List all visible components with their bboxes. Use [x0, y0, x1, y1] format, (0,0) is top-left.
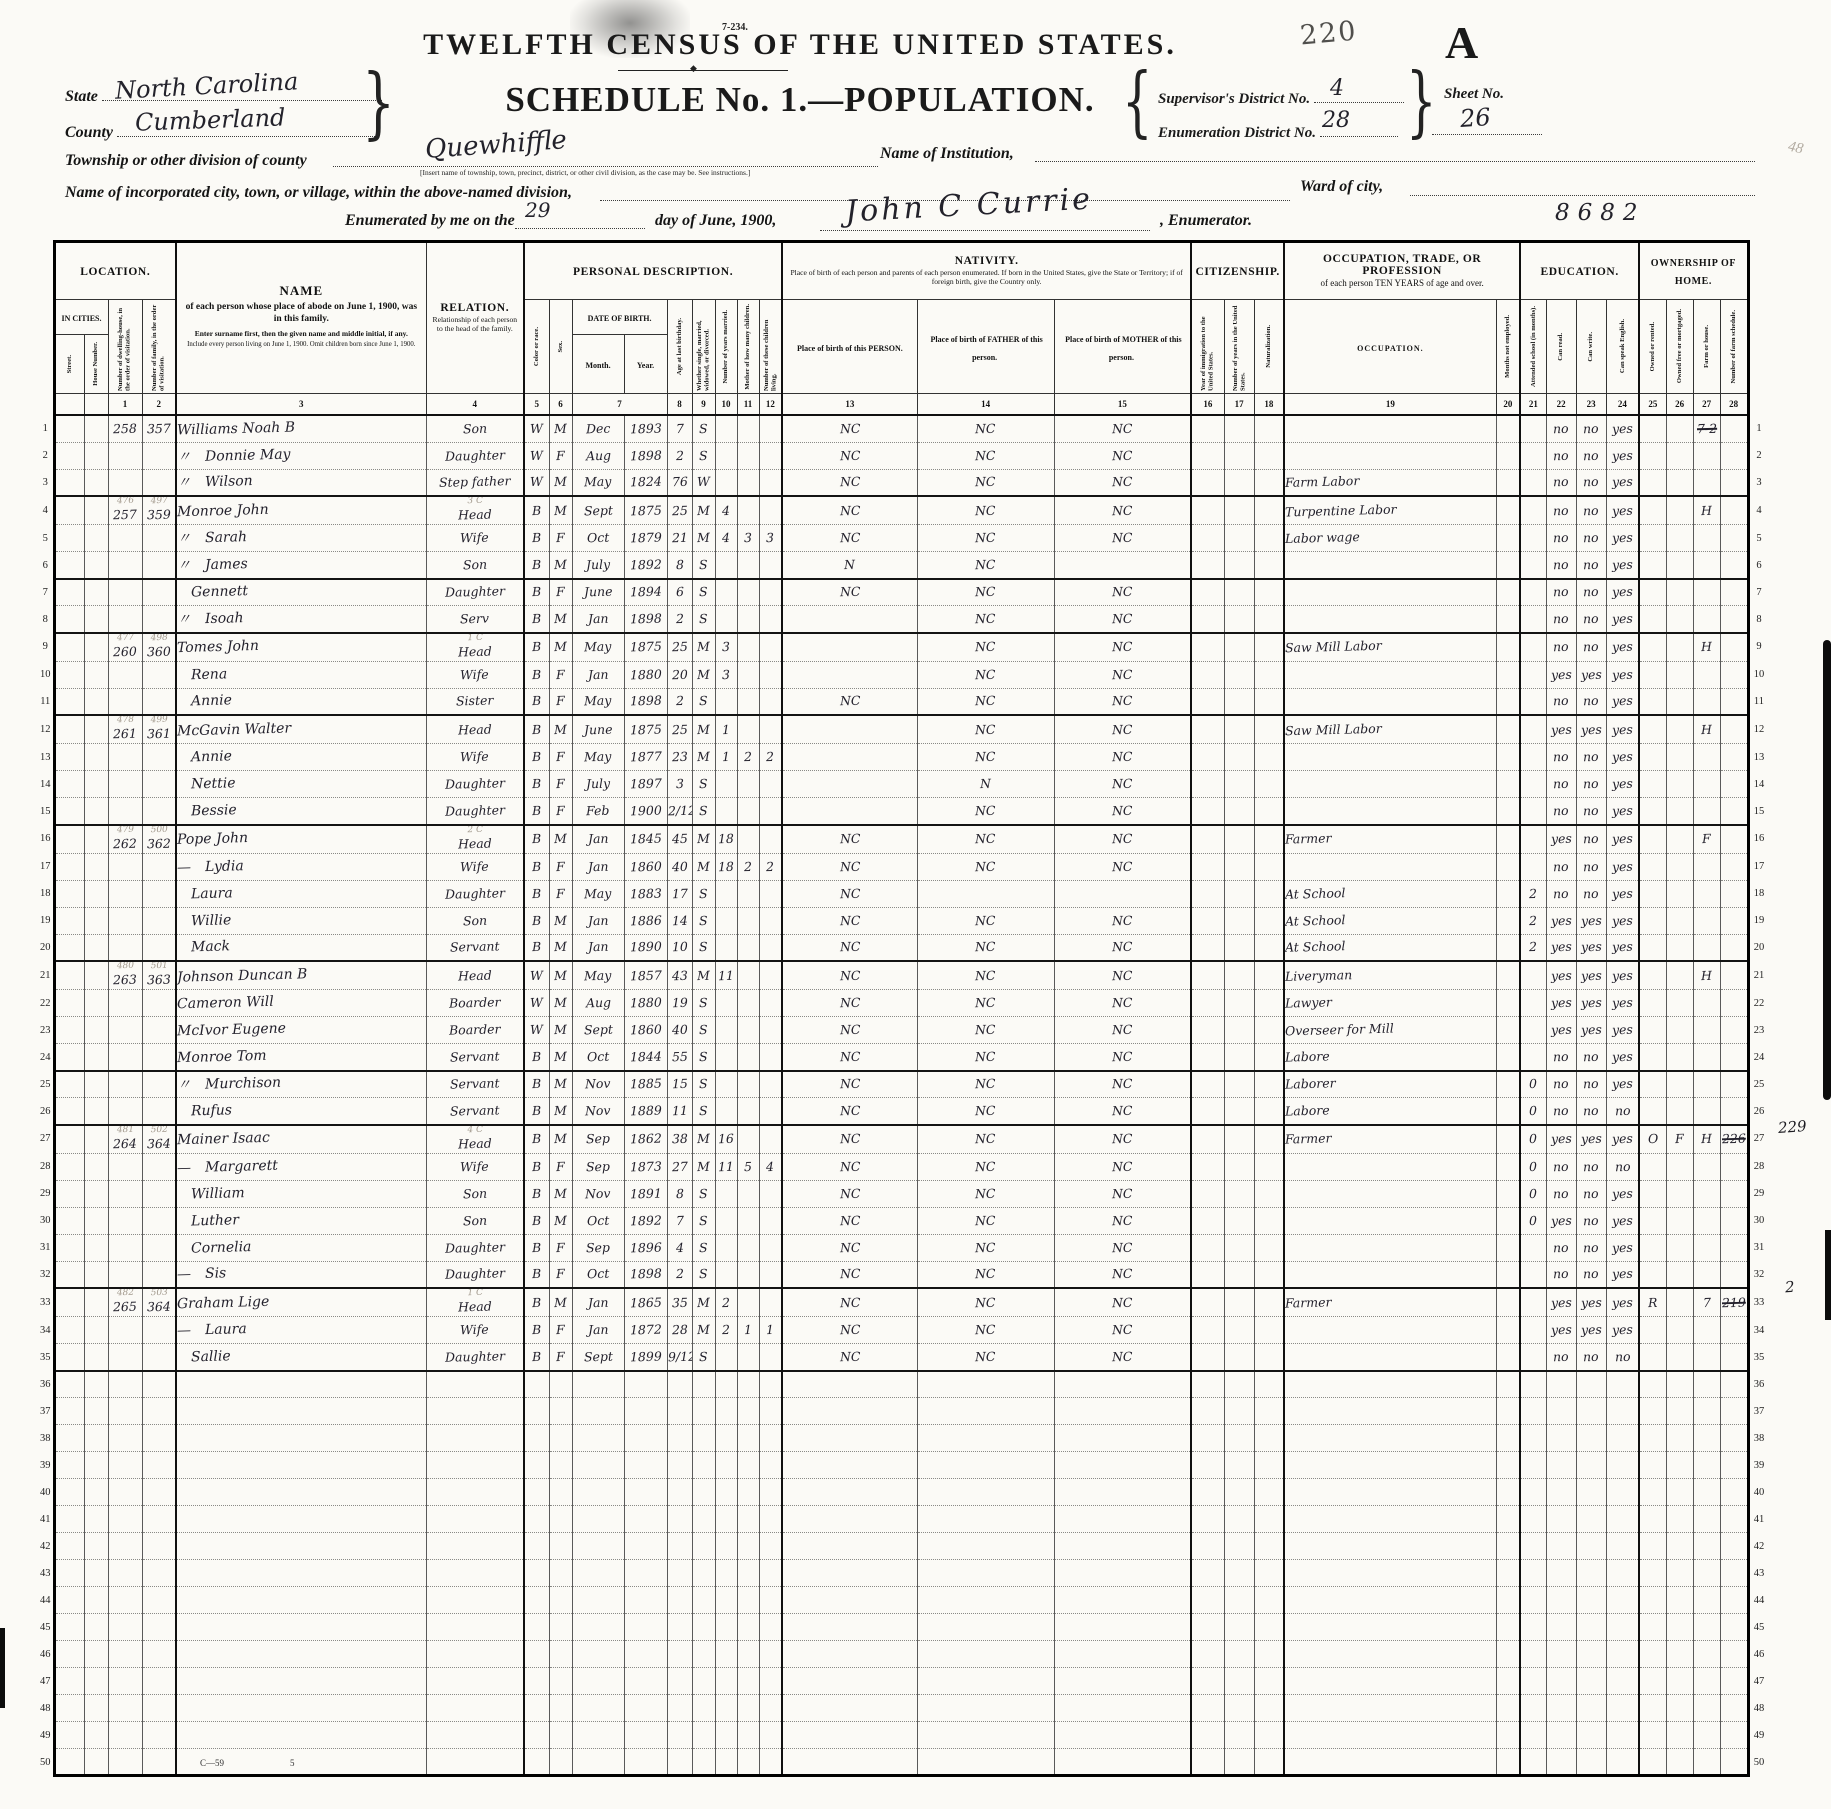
- cell-imm: [1191, 798, 1224, 825]
- cell-mar: [692, 1749, 715, 1776]
- handwritten-entry: Wife: [460, 1324, 489, 1337]
- handwritten-entry: F: [556, 586, 565, 599]
- cell-pf: NC: [917, 961, 1054, 990]
- cell-pob: [782, 1398, 917, 1425]
- cell-liv: [759, 1398, 782, 1425]
- cell-mon: [572, 1506, 624, 1533]
- handwritten-entry: no: [1553, 778, 1569, 791]
- cell-name: [176, 1479, 426, 1506]
- cell-sex: M: [549, 1180, 572, 1207]
- cell-liv: [759, 934, 782, 961]
- cell-mtg: [1666, 1261, 1693, 1288]
- cell-own: [1639, 1207, 1666, 1234]
- handwritten-entry: 23: [671, 751, 687, 764]
- cell-mon: Sep: [572, 1153, 624, 1180]
- cell-imm: [1191, 1071, 1224, 1098]
- handwritten-entry: yes: [1612, 586, 1633, 599]
- pob-person-header: Place of birth of this PERSON.: [782, 300, 917, 394]
- cell-pf: NC: [917, 1071, 1054, 1098]
- cell-pf: NC: [917, 744, 1054, 771]
- cell-own: [1639, 633, 1666, 662]
- handwritten-entry: no: [1583, 860, 1599, 873]
- handwritten-entry: no: [1553, 805, 1569, 818]
- cell-street: [54, 907, 84, 934]
- cell-liv: [759, 442, 782, 469]
- table-row: 10 RenaWifeBFJan188020M3NCNCyesyesyes10: [38, 661, 1768, 688]
- table-row: 4476257497359Monroe John3 CHeadBMSept187…: [38, 496, 1768, 525]
- cell-street: [54, 1371, 84, 1398]
- cell-street: [54, 442, 84, 469]
- cell-mne: [1496, 1098, 1520, 1125]
- county-label: County: [65, 124, 113, 141]
- handwritten-entry: 357: [147, 422, 171, 435]
- handwritten-entry: yes: [1551, 1133, 1572, 1146]
- cell-en: [1606, 1641, 1639, 1668]
- cell-mon: [572, 1587, 624, 1614]
- handwritten-entry: Jan: [588, 668, 609, 681]
- cell-en: [1606, 1722, 1639, 1749]
- cell-own: [1639, 1261, 1666, 1288]
- row-number-left: 22: [38, 990, 54, 1017]
- row-number-right: 35: [1748, 1344, 1768, 1371]
- cell-own: [1639, 525, 1666, 552]
- cell-imm: [1191, 1641, 1224, 1668]
- cell-liv: 2: [759, 853, 782, 880]
- cell-yr: 1883: [624, 880, 667, 907]
- cell-rel: Son: [426, 415, 524, 442]
- cell-pm: [1054, 1560, 1191, 1587]
- cell-mar: M: [692, 744, 715, 771]
- cell-name: Cameron Will: [176, 990, 426, 1017]
- township-line: [333, 152, 878, 167]
- cell-age: 43: [667, 961, 692, 990]
- cell-mo: [737, 1587, 759, 1614]
- table-row: 29 WilliamSonBMNov18918SNCNCNC0nonoyes29: [38, 1180, 1768, 1207]
- cell-sex: F: [549, 579, 572, 606]
- cell-yr: 1898: [624, 1261, 667, 1288]
- cell-pob: [782, 1452, 917, 1479]
- cell-mne: [1496, 415, 1520, 442]
- handwritten-entry: NC: [839, 1024, 860, 1037]
- cell-wr: no: [1576, 1153, 1606, 1180]
- cell-yr: 1844: [624, 1044, 667, 1071]
- handwritten-entry: no: [1553, 860, 1569, 873]
- cell-pob: [782, 1722, 917, 1749]
- row-number-right: 38: [1748, 1425, 1768, 1452]
- table-row: 4646: [38, 1641, 1768, 1668]
- handwritten-entry: M: [554, 1214, 567, 1227]
- sheet-line: [1432, 120, 1542, 135]
- cell-own: [1639, 1234, 1666, 1261]
- cell-en: [1606, 1452, 1639, 1479]
- cell-ym: [715, 880, 737, 907]
- cell-house: [84, 1153, 108, 1180]
- cell-yr: [624, 1722, 667, 1749]
- handwritten-entry: no: [1583, 1105, 1599, 1118]
- cell-sex: F: [549, 1261, 572, 1288]
- column-number: 14: [917, 394, 1054, 416]
- cell-house: [84, 469, 108, 496]
- cell-own: [1639, 853, 1666, 880]
- handwritten-entry: B: [532, 668, 542, 681]
- cell-name: [176, 1425, 426, 1452]
- column-number: 15: [1054, 394, 1191, 416]
- handwritten-entry: yes: [1612, 887, 1633, 900]
- cell-imm: [1191, 715, 1224, 744]
- cell-mar: W: [692, 469, 715, 496]
- cell-mon: [572, 1425, 624, 1452]
- cell-occ: [1284, 1317, 1496, 1344]
- cell-mo: [737, 1398, 759, 1425]
- district-brace-open: {: [1122, 57, 1153, 147]
- cell-liv: [759, 552, 782, 579]
- cell-rd: yes: [1546, 1207, 1576, 1234]
- cell-pm: NC: [1054, 633, 1191, 662]
- cell-rd: no: [1546, 442, 1576, 469]
- cell-fs: [1720, 744, 1748, 771]
- cell-rd: [1546, 1668, 1576, 1695]
- cell-ym: 2: [715, 1288, 737, 1317]
- cell-street: [54, 1234, 84, 1261]
- cell-pob: NC: [782, 1261, 917, 1288]
- handwritten-entry: Oct: [587, 1214, 610, 1227]
- cell-own: [1639, 1017, 1666, 1044]
- cell-rd: yes: [1546, 1125, 1576, 1154]
- cell-mon: Oct: [572, 1261, 624, 1288]
- table-row: 23McIvor EugeneBoarderWMSept186040SNCNCN…: [38, 1017, 1768, 1044]
- cell-sex: [549, 1722, 572, 1749]
- cell-pm: NC: [1054, 771, 1191, 798]
- handwritten-entry: no: [1583, 532, 1599, 545]
- cell-age: [667, 1668, 692, 1695]
- row-number-left: 30: [38, 1207, 54, 1234]
- cell-fh: 7: [1693, 1288, 1720, 1317]
- cell-dwell: [108, 990, 142, 1017]
- cell-imm: [1191, 1614, 1224, 1641]
- cell-occ: Lawyer: [1284, 990, 1496, 1017]
- months-not-employed-header: Months not employed.: [1496, 300, 1520, 394]
- handwritten-entry: yes: [1612, 695, 1633, 708]
- cell-nat: [1254, 1261, 1284, 1288]
- cell-occ: [1284, 1234, 1496, 1261]
- cell-mtg: [1666, 1371, 1693, 1398]
- cell-pf: NC: [917, 1234, 1054, 1261]
- cell-mtg: [1666, 1452, 1693, 1479]
- handwritten-entry: 25: [671, 504, 687, 517]
- cell-pob: [782, 1749, 917, 1776]
- handwritten-entry: F: [556, 695, 565, 708]
- cell-street: [54, 1098, 84, 1125]
- cell-name: [176, 1614, 426, 1641]
- cell-pob: NC: [782, 1153, 917, 1180]
- cell-mo: [737, 1614, 759, 1641]
- cell-pf: NC: [917, 525, 1054, 552]
- cell-rel: Head: [426, 961, 524, 990]
- cell-sch: [1520, 661, 1546, 688]
- handwritten-entry: 4: [766, 1160, 774, 1173]
- handwritten-entry: yes: [1551, 1024, 1572, 1037]
- cell-rel: Wife: [426, 1317, 524, 1344]
- cell-rel: 4 CHead: [426, 1125, 524, 1154]
- handwritten-entry: 257: [113, 509, 137, 522]
- cell-fam: 500362: [142, 825, 176, 854]
- cell-dwell: [108, 771, 142, 798]
- cell-race: [524, 1398, 549, 1425]
- cell-dwell: [108, 1098, 142, 1125]
- cell-mar: S: [692, 1234, 715, 1261]
- cell-fh: [1693, 1344, 1720, 1371]
- cell-street: [54, 1207, 84, 1234]
- cell-fs: [1720, 1098, 1748, 1125]
- cell-mon: Sep: [572, 1125, 624, 1154]
- handwritten-entry: no: [1583, 1214, 1599, 1227]
- cell-name: 〃 James: [176, 552, 426, 579]
- cell-pob: [782, 715, 917, 744]
- ghost-entry: 1 C: [426, 633, 523, 645]
- cell-age: [667, 1695, 692, 1722]
- cell-rel: Step father: [426, 469, 524, 496]
- cell-dwell: [108, 1071, 142, 1098]
- handwritten-entry: yes: [1581, 1024, 1602, 1037]
- cell-sch: [1520, 744, 1546, 771]
- cell-nat: [1254, 1234, 1284, 1261]
- cell-occ: [1284, 688, 1496, 715]
- cell-yus: [1224, 525, 1254, 552]
- column-number: 24: [1606, 394, 1639, 416]
- cell-occ: Saw Mill Labor: [1284, 633, 1496, 662]
- row-number-right: 46: [1748, 1641, 1768, 1668]
- cell-ym: [715, 1098, 737, 1125]
- handwritten-entry: 3: [722, 668, 730, 681]
- title-divider: [618, 70, 788, 71]
- cell-yus: [1224, 1398, 1254, 1425]
- cell-fs: [1720, 825, 1748, 854]
- handwritten-entry: 1898: [629, 449, 661, 462]
- handwritten-entry: Step father: [439, 475, 511, 489]
- cell-fs: [1720, 1425, 1748, 1452]
- handwritten-entry: B: [532, 1160, 542, 1173]
- cell-pm: NC: [1054, 1261, 1191, 1288]
- handwritten-entry: NC: [1112, 1324, 1133, 1337]
- handwritten-entry: 1898: [629, 1268, 661, 1281]
- cell-mne: [1496, 1533, 1520, 1560]
- handwritten-entry: B: [532, 695, 542, 708]
- cell-mne: [1496, 661, 1520, 688]
- cell-mo: 5: [737, 1153, 759, 1180]
- owned-free-mortgaged-header: Owned free or mortgaged.: [1666, 300, 1693, 394]
- cell-mtg: [1666, 880, 1693, 907]
- handwritten-entry: At School: [1285, 940, 1346, 954]
- cell-mon: June: [572, 579, 624, 606]
- handwritten-entry: 1883: [629, 887, 661, 900]
- handwritten-entry: Annie: [177, 694, 232, 709]
- cell-occ: [1284, 606, 1496, 633]
- cell-mtg: [1666, 1288, 1693, 1317]
- cell-en: [1606, 1506, 1639, 1533]
- cell-dwell: [108, 880, 142, 907]
- handwritten-entry: no: [1553, 641, 1569, 654]
- handwritten-entry: H: [1701, 969, 1712, 982]
- cell-mne: [1496, 798, 1520, 825]
- table-row: 8〃 IsoahServBMJan18982SNCNCnonoyes8: [38, 606, 1768, 633]
- row-number-left: 50: [38, 1749, 54, 1776]
- cell-house: [84, 1017, 108, 1044]
- cell-mtg: [1666, 496, 1693, 525]
- cell-fs: [1720, 606, 1748, 633]
- cell-en: yes: [1606, 961, 1639, 990]
- column-number: 7: [572, 394, 667, 416]
- handwritten-entry: 359: [147, 509, 171, 522]
- cell-dwell: [108, 1344, 142, 1371]
- cell-pm: [1054, 1452, 1191, 1479]
- cell-name: 〃 Donnie May: [176, 442, 426, 469]
- handwritten-entry: NC: [975, 1296, 996, 1309]
- cell-mtg: [1666, 469, 1693, 496]
- handwritten-entry: no: [1553, 1105, 1569, 1118]
- cell-pf: NC: [917, 798, 1054, 825]
- cell-mo: [737, 1344, 759, 1371]
- cell-name: Rena: [176, 661, 426, 688]
- cell-rd: yes: [1546, 661, 1576, 688]
- cell-fh: [1693, 1479, 1720, 1506]
- cell-own: [1639, 907, 1666, 934]
- cell-fam: 499361: [142, 715, 176, 744]
- handwritten-entry: 364: [147, 1301, 171, 1314]
- cell-rd: [1546, 1371, 1576, 1398]
- handwritten-entry: 260: [113, 645, 137, 658]
- cell-mo: [737, 1533, 759, 1560]
- cell-yus: [1224, 1749, 1254, 1776]
- cell-nat: [1254, 825, 1284, 854]
- cell-en: yes: [1606, 1044, 1639, 1071]
- handwritten-entry: NC: [1112, 1241, 1133, 1254]
- cell-sch: [1520, 633, 1546, 662]
- cell-street: [54, 1288, 84, 1317]
- handwritten-entry: M: [697, 1324, 710, 1337]
- cell-sch: [1520, 1288, 1546, 1317]
- handwritten-entry: NC: [1112, 1160, 1133, 1173]
- cell-rel: [426, 1668, 524, 1695]
- cell-wr: [1576, 1668, 1606, 1695]
- row-number-left: 35: [38, 1344, 54, 1371]
- handwritten-entry: NC: [975, 1104, 996, 1117]
- cell-house: [84, 1614, 108, 1641]
- cell-imm: [1191, 1098, 1224, 1125]
- cell-sex: M: [549, 990, 572, 1017]
- cell-mon: May: [572, 469, 624, 496]
- cell-en: yes: [1606, 415, 1639, 442]
- table-row: 25〃 MurchisonServantBMNov188515SNCNCNCLa…: [38, 1071, 1768, 1098]
- table-row: 4545: [38, 1614, 1768, 1641]
- cell-mon: [572, 1452, 624, 1479]
- cell-pm: [1054, 1614, 1191, 1641]
- cell-race: B: [524, 1125, 549, 1154]
- column-number: 23: [1576, 394, 1606, 416]
- cell-fam: [142, 1207, 176, 1234]
- cell-house: [84, 1288, 108, 1317]
- row-number-left: 18: [38, 880, 54, 907]
- cell-race: W: [524, 961, 549, 990]
- cell-dwell: [108, 1317, 142, 1344]
- handwritten-entry: yes: [1551, 941, 1572, 954]
- handwritten-entry: 2/12: [667, 804, 692, 817]
- cell-mon: Nov: [572, 1098, 624, 1125]
- cell-mne: [1496, 1749, 1520, 1776]
- cell-sch: 0: [1520, 1098, 1546, 1125]
- handwritten-entry: Daughter: [445, 887, 505, 901]
- occupation-sub-header: OCCUPATION.: [1284, 300, 1496, 394]
- cell-age: [667, 1506, 692, 1533]
- cell-rd: yes: [1546, 907, 1576, 934]
- handwritten-entry: no: [1583, 559, 1599, 572]
- cell-mo: [737, 1180, 759, 1207]
- cell-mon: [572, 1668, 624, 1695]
- cell-ym: [715, 442, 737, 469]
- cell-fs: [1720, 1398, 1748, 1425]
- cell-yus: [1224, 1452, 1254, 1479]
- cell-race: [524, 1533, 549, 1560]
- cell-pf: [917, 1533, 1054, 1560]
- cell-mon: Sep: [572, 1234, 624, 1261]
- handwritten-entry: 2: [675, 449, 683, 462]
- cell-mar: S: [692, 579, 715, 606]
- handwritten-entry: 1865: [629, 1296, 661, 1309]
- cell-ym: [715, 1479, 737, 1506]
- handwritten-entry: 3: [744, 532, 752, 545]
- cell-pm: NC: [1054, 1207, 1191, 1234]
- cell-yus: [1224, 744, 1254, 771]
- handwritten-entry: 1875: [629, 504, 661, 517]
- cell-liv: [759, 688, 782, 715]
- cell-dwell: [108, 525, 142, 552]
- cell-pf: NC: [917, 579, 1054, 606]
- handwritten-entry: Son: [463, 1214, 487, 1227]
- cell-wr: [1576, 1533, 1606, 1560]
- cell-mar: M: [692, 661, 715, 688]
- state-label: State: [65, 88, 98, 105]
- cell-age: 19: [667, 990, 692, 1017]
- schedule-title: SCHEDULE No. 1.—POPULATION.: [440, 80, 1160, 120]
- cell-sch: [1520, 825, 1546, 854]
- cell-pf: NC: [917, 1125, 1054, 1154]
- handwritten-entry: Daughter: [445, 1267, 505, 1281]
- township-note: [Insert name of township, town, precinct…: [420, 168, 840, 177]
- cell-yr: 1889: [624, 1098, 667, 1125]
- cell-race: B: [524, 1288, 549, 1317]
- row-number-left: 1: [38, 415, 54, 442]
- cell-rel: [426, 1371, 524, 1398]
- handwritten-entry: 1877: [629, 751, 661, 764]
- cell-ym: [715, 1614, 737, 1641]
- cell-sex: [549, 1668, 572, 1695]
- cell-race: W: [524, 990, 549, 1017]
- handwritten-entry: NC: [975, 1324, 996, 1337]
- cell-imm: [1191, 1398, 1224, 1425]
- table-row: 4444: [38, 1587, 1768, 1614]
- cell-fh: [1693, 934, 1720, 961]
- cell-pm: NC: [1054, 1153, 1191, 1180]
- cell-fam: 502364: [142, 1125, 176, 1154]
- cell-dwell: [108, 1371, 142, 1398]
- handwritten-entry: no: [1583, 1160, 1599, 1173]
- handwritten-entry: yes: [1612, 833, 1633, 846]
- cell-pm: NC: [1054, 688, 1191, 715]
- cell-imm: [1191, 1317, 1224, 1344]
- handwritten-entry: Daughter: [445, 449, 505, 463]
- cell-race: B: [524, 496, 549, 525]
- cell-mne: [1496, 1344, 1520, 1371]
- cell-mar: S: [692, 1261, 715, 1288]
